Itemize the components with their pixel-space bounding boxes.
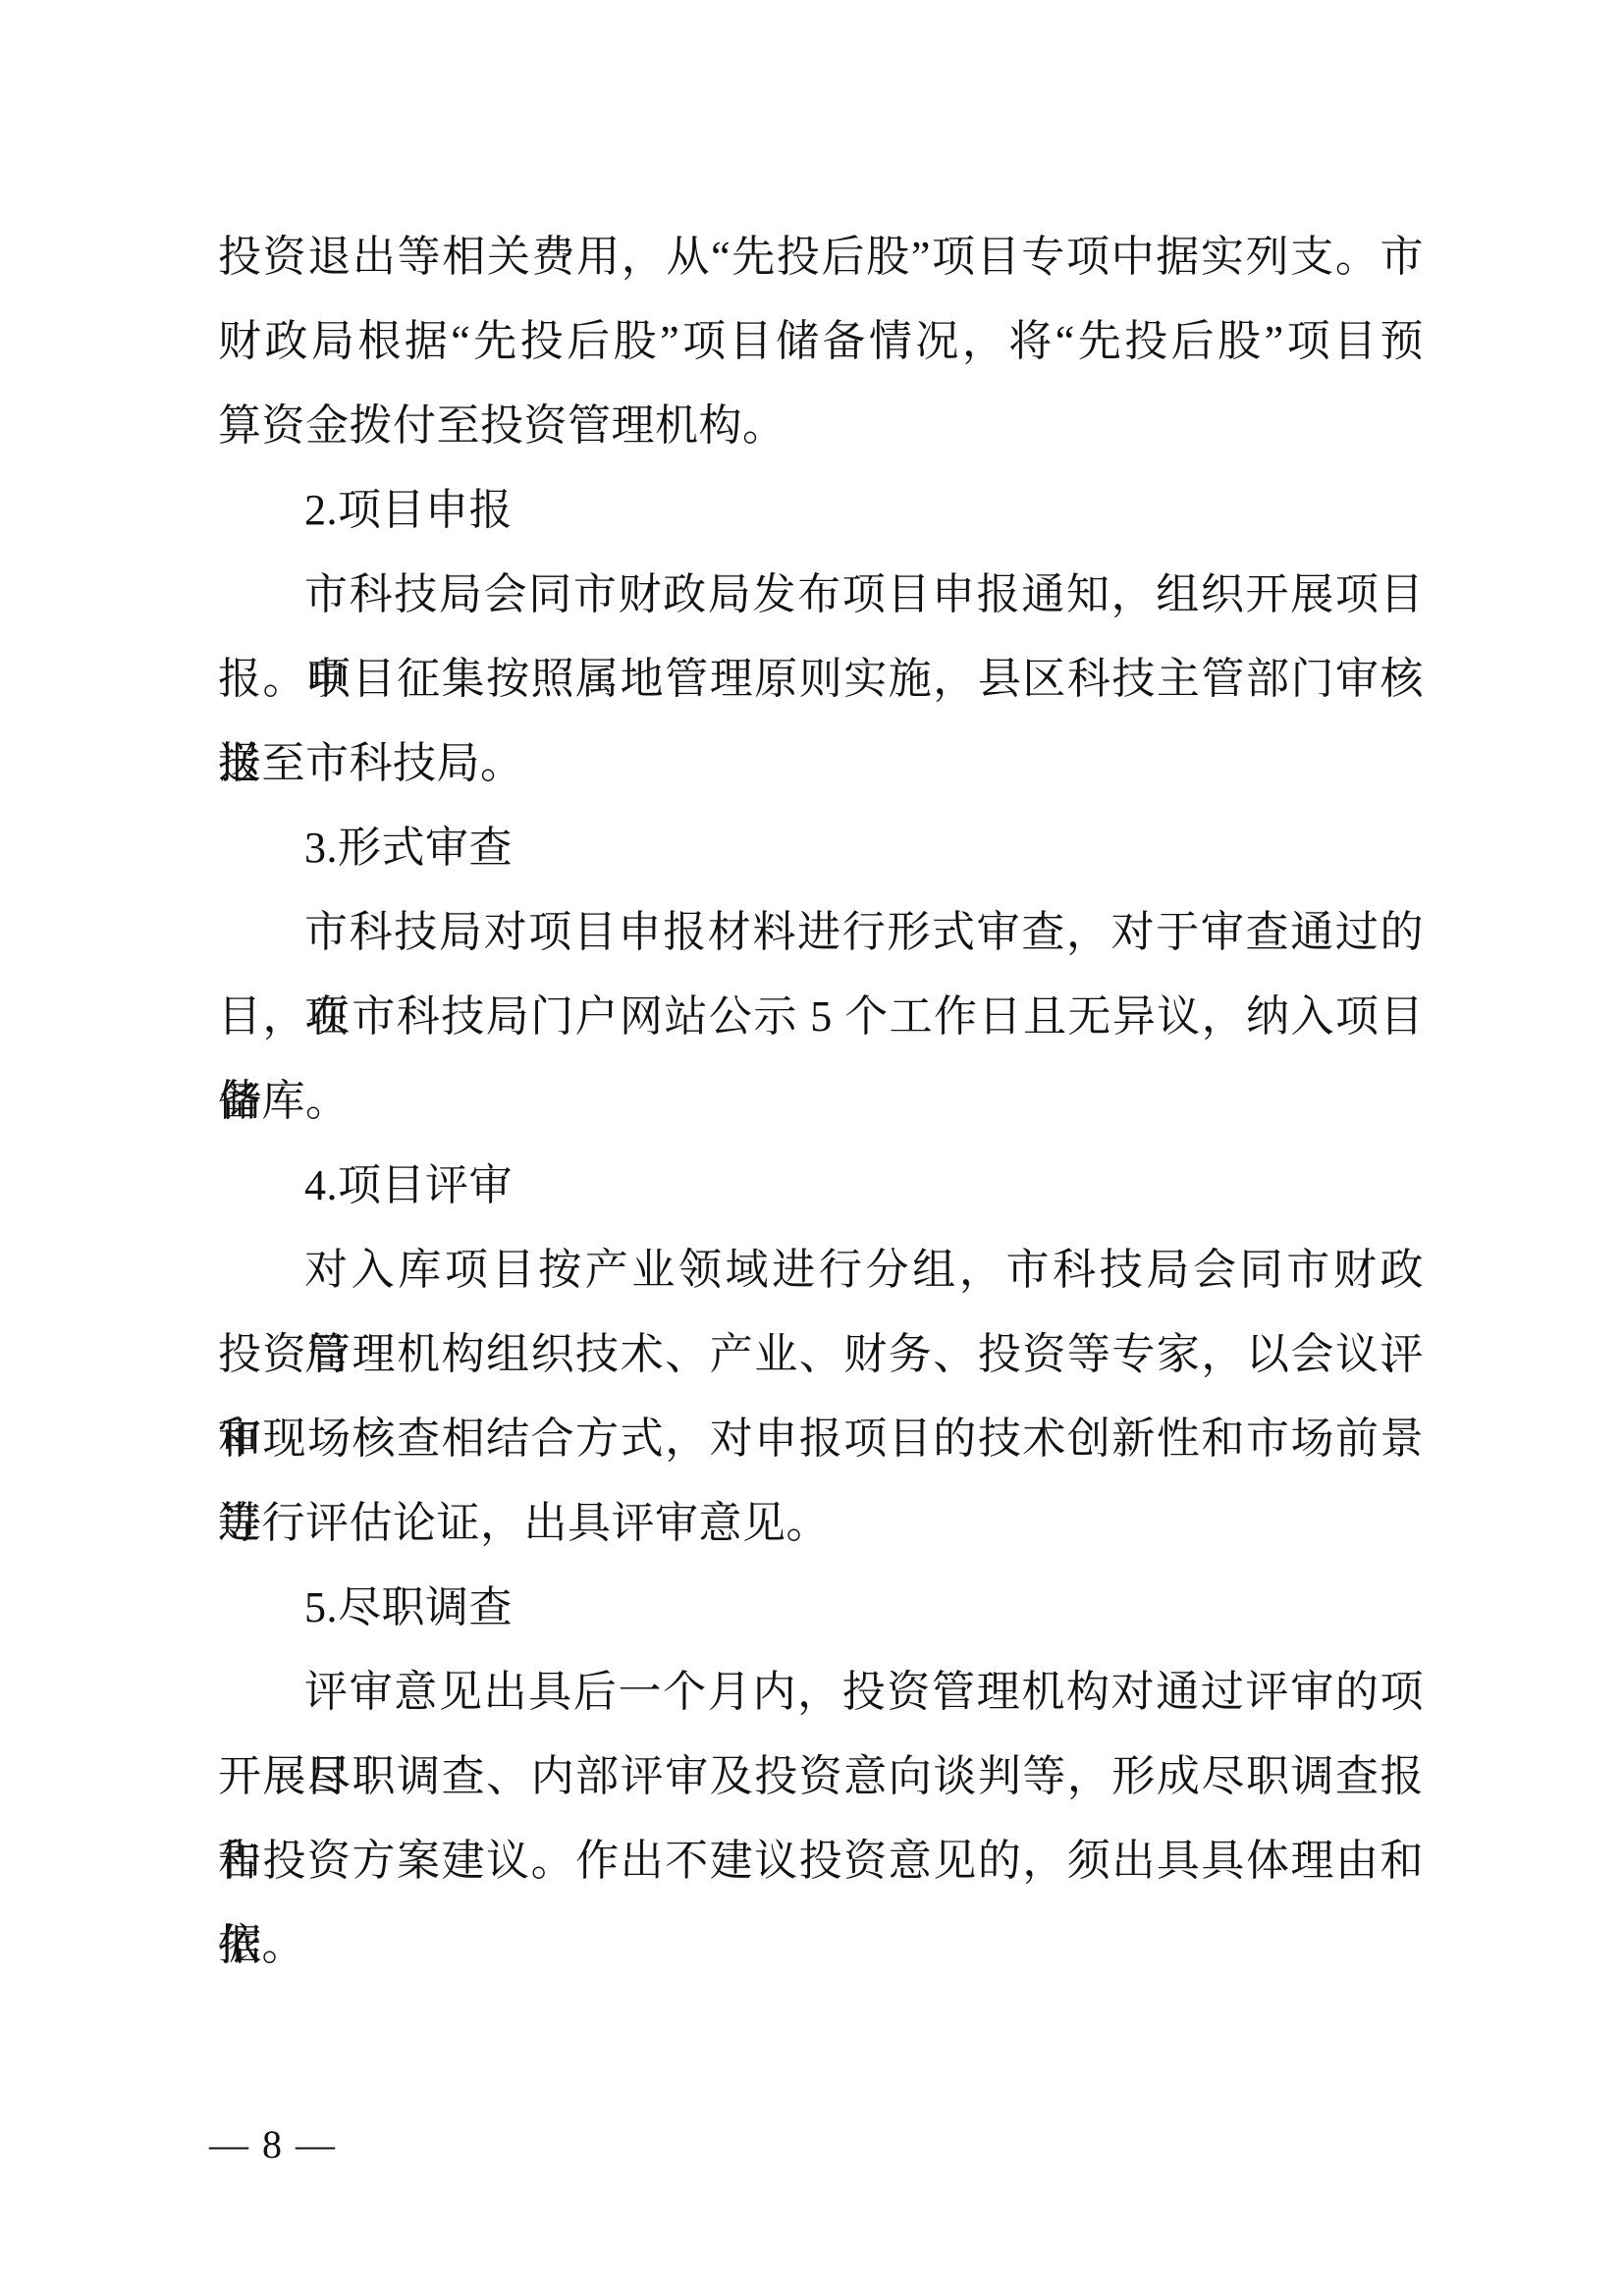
text-line: 投资管理机构组织技术、产业、财务、投资等专家，以会议评审 xyxy=(218,1312,1424,1397)
text-line: 和投资方案建议。作出不建议投资意见的，须出具具体理由和依 xyxy=(218,1819,1424,1903)
page-number: — 8 — xyxy=(209,2115,337,2174)
text-line: 投资退出等相关费用，从“先投后股”项目专项中据实列支。市 xyxy=(218,215,1424,299)
section-heading: 4.项目评审 xyxy=(218,1144,1424,1228)
text-line: 市科技局对项目申报材料进行形式审查，对于审查通过的项 xyxy=(218,890,1424,975)
text-line: 目，在市科技局门户网站公示 5 个工作日且无异议，纳入项目储 xyxy=(218,975,1424,1059)
text-line: 市科技局会同市财政局发布项目申报通知，组织开展项目申 xyxy=(218,553,1424,637)
text-line: 报。项目征集按照属地管理原则实施，县区科技主管部门审核报 xyxy=(218,637,1424,721)
section-heading: 5.尽职调查 xyxy=(218,1566,1424,1650)
text-line: 据。 xyxy=(218,1903,1424,1988)
text-line: 开展尽职调查、内部评审及投资意向谈判等，形成尽职调查报告 xyxy=(218,1735,1424,1819)
text-line: 进行评估论证，出具评审意见。 xyxy=(218,1481,1424,1566)
text-line: 和现场核查相结合方式，对申报项目的技术创新性和市场前景等 xyxy=(218,1397,1424,1481)
text-line: 评审意见出具后一个月内，投资管理机构对通过评审的项目 xyxy=(218,1650,1424,1735)
section-heading: 3.形式审查 xyxy=(218,806,1424,890)
text-line: 算资金拨付至投资管理机构。 xyxy=(218,384,1424,468)
text-line: 送至市科技局。 xyxy=(218,721,1424,806)
section-heading: 2.项目申报 xyxy=(218,468,1424,553)
text-line: 对入库项目按产业领域进行分组，市科技局会同市财政局、 xyxy=(218,1228,1424,1312)
text-line: 财政局根据“先投后股”项目储备情况，将“先投后股”项目预 xyxy=(218,299,1424,384)
document-page: 投资退出等相关费用，从“先投后股”项目专项中据实列支。市财政局根据“先投后股”项… xyxy=(0,0,1624,2296)
document-body: 投资退出等相关费用，从“先投后股”项目专项中据实列支。市财政局根据“先投后股”项… xyxy=(218,215,1424,1988)
text-line: 备库。 xyxy=(218,1059,1424,1144)
